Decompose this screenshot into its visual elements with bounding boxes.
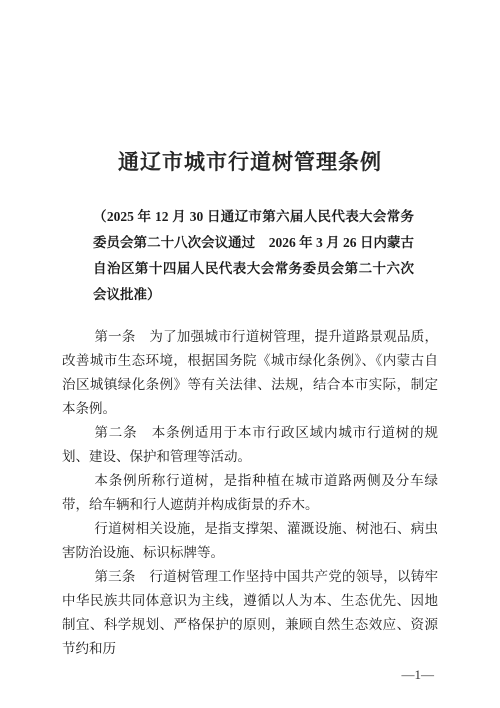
body-paragraph-definition-facilities: 行道树相关设施，是指支撑架、灌溉设施、树池石、病虫害防治设施、标识标牌等。 [62,517,438,565]
enactment-note: （2025 年 12 月 30 日通辽市第六届人民代表大会常务委员会第二十八次会… [93,204,414,308]
body-paragraph-article-3: 第三条 行道树管理工作坚持中国共产党的领导，以铸牢中华民族共同体意识为主线，遵循… [62,565,438,661]
body-paragraph-definition-trees: 本条例所称行道树，是指种植在城市道路两侧及分车绿带，给车辆和行人遮荫并构成街景的… [62,469,438,517]
document-page: 通辽市城市行道树管理条例 （2025 年 12 月 30 日通辽市第六届人民代表… [0,0,500,708]
document-title: 通辽市城市行道树管理条例 [0,14,500,174]
body-paragraph-article-2: 第二条 本条例适用于本市行政区域内城市行道树的规划、建设、保护和管理等活动。 [62,421,438,469]
body-paragraph-article-1: 第一条 为了加强城市行道树管理，提升道路景观品质，改善城市生态环境，根据国务院《… [62,325,438,421]
page-number: —1— [0,667,434,683]
document-body: 第一条 为了加强城市行道树管理，提升道路景观品质，改善城市生态环境，根据国务院《… [62,325,438,661]
